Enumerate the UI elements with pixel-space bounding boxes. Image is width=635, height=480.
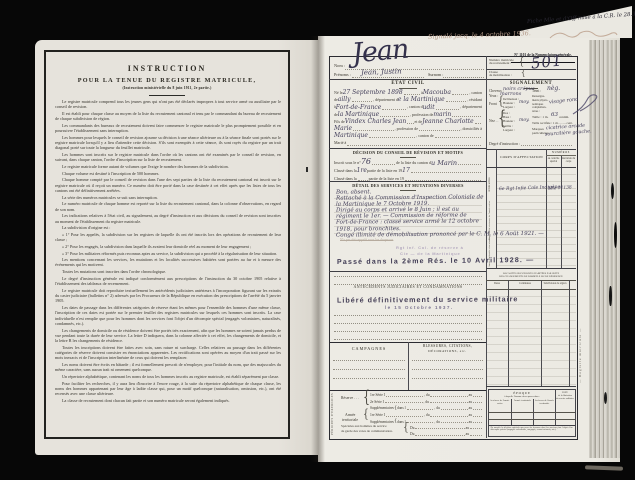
localites-title-2: DES CHANGEMENTS DE DOMICILE OU DE RÉSIDE…: [489, 275, 573, 278]
numeros-sub2: matricule du corps: [562, 157, 576, 163]
periode-row: Du au: [410, 430, 483, 436]
front-value: moy.: [519, 101, 530, 106]
teint-label: Teint :: [532, 89, 541, 93]
armee-territoriale-label-2: territoriale: [342, 418, 358, 422]
instruction-paragraph: Les changements de domicile ou de réside…: [55, 328, 281, 344]
campagnes-row: [333, 378, 405, 379]
instruction-paragraph: Le degré d'instruction générale est indi…: [55, 276, 281, 287]
decision-heading: DÉCISION DU CONSEIL DE RÉVISION ET MOTIF…: [330, 151, 486, 156]
instruction-paragraph: La classe de recrutement dont chacun fai…: [55, 398, 281, 403]
instruction-paragraph: Chaque homme compté par le conseil de re…: [55, 177, 281, 193]
epoque-col1: la réserve de l'armée active: [490, 400, 511, 406]
etat-civil-row: dela Martinique , profession demarin: [334, 111, 482, 118]
matricule-number-label: Numéro matricule du recrutement :: [489, 59, 519, 67]
instruction-paragraph: Les dates de passage dans les différente…: [55, 305, 281, 326]
edge-mark: [614, 222, 617, 248]
corps-side-label-territoriale: Armée territoriale et sa réserve.: [488, 240, 491, 267]
localites-title-rule: [486, 280, 576, 281]
localites-col-dates: Dates: [487, 282, 507, 285]
instruction-paragraph: Il est établi pour chaque classe au moye…: [55, 111, 281, 122]
blank-dotted-line: [334, 339, 482, 340]
margin-vertical-text: — Registre matricule —: [578, 280, 582, 430]
instruction-edition: (Instruction ministérielle du 8 juin 191…: [46, 87, 288, 91]
instruction-paragraph: Pour faciliter les recherches, il y aura…: [55, 381, 281, 397]
matricule-value: 501: [530, 53, 563, 71]
instruction-paragraph: « 2° Pour les engagés, la subdivision da…: [55, 244, 281, 249]
services-script-lines: Bon, absent.Rattaché à la Commission d'I…: [336, 190, 484, 239]
campagnes-header: CAMPAGNES: [330, 347, 408, 352]
instruction-paragraph: Les mentions concernant les services, le…: [55, 257, 281, 268]
speciales-brace: {: [403, 423, 409, 434]
blank-dotted-line: [334, 323, 482, 324]
epoque-hline-1: [489, 412, 575, 413]
services-faint-line: N'a pas été rappelé sous les drapeaux: [340, 238, 393, 242]
corps-top-rule: [486, 149, 576, 150]
reserve-brace: {: [363, 388, 370, 405]
numeros-subrule: [546, 155, 576, 156]
etat-civil-row: Né le27 Septembre 1898 àMacouba , canton: [334, 89, 482, 96]
nom-value: Jean: [351, 36, 409, 68]
instruction-paragraph: Toutes les inscriptions doivent être fai…: [55, 345, 281, 361]
edge-mark: [609, 286, 612, 306]
corps-side-label-active: Armée active.: [488, 170, 491, 198]
etat-civil-row: Marié à: [334, 139, 482, 146]
prenoms-value: Jean, Justin: [361, 68, 402, 76]
scanned-register-spread: INSTRUCTION POUR LA TENUE DU REGISTRE MA…: [0, 0, 635, 480]
epoque-col2: l'armée territoriale: [512, 400, 533, 403]
instruction-paragraph: Les indications relatives à l'état civil…: [55, 213, 281, 224]
blessures-header-2: DÉCORATIONS, etc.: [409, 350, 486, 354]
instruction-paragraph: Le registre matricule doit reproduire te…: [55, 288, 281, 304]
localites-col-subdivision: Subdivision de région: [542, 282, 568, 285]
periode-row: Supplémentaires { dans l , du au: [370, 404, 483, 411]
blank-dotted-line: [334, 315, 482, 316]
decision-bottom-rule: [329, 181, 486, 182]
classe-brace: {: [521, 69, 525, 77]
epoque-title: ÉPOQUE: [489, 392, 555, 396]
instruction-paragraph: La subdivision d'origine est :: [55, 225, 281, 230]
instruction-paragraph: Les commandants des bureaux de recruteme…: [55, 123, 281, 134]
instruction-paragraph: Le registre matricule forme autant de vo…: [55, 164, 281, 169]
corps-body-ruling: [497, 168, 576, 268]
etat-civil-row: Fils deVindex Charles Jean et deJeanne C…: [334, 118, 482, 125]
localites-bottom-rule: [486, 386, 576, 387]
taille-label: Taille : 1 m.: [532, 116, 548, 120]
front-label: Front: [489, 102, 497, 106]
blessures-rows: [412, 360, 483, 387]
blessures-row: [412, 378, 483, 379]
degre-instruction-row: Degré d'instruction :: [489, 140, 573, 147]
blessures-row: [412, 360, 483, 361]
instruction-paragraph: « 3° Pour les militaires réformés puis r…: [55, 251, 281, 256]
edge-mark: [611, 183, 614, 199]
etat-civil-heading: ÉTAT CIVIL: [330, 81, 486, 86]
etat-civil-rows: Né le27 Septembre 1898 àMacouba , canton…: [334, 89, 482, 147]
periodes-side-label: PÉRIODES D'EXERCICES: [330, 393, 334, 435]
header-divider-v: [486, 56, 487, 79]
instruction-paragraph: Le registre matricule comprend tous les …: [55, 99, 281, 110]
corps-header: CORPS D'AFFECTATION: [497, 156, 546, 160]
instruction-paragraph: Chaque volume est destiné à l'inscriptio…: [55, 171, 281, 176]
decision-lines: Inscrit sous le n° 76 de la liste du can…: [334, 158, 482, 182]
instruction-paragraph: « 1° Pour les appelés, la subdivision su…: [55, 232, 281, 243]
prenoms-label: Prénoms :: [334, 73, 351, 78]
epoque-col3: la réserve de l'armée territoriale: [534, 400, 555, 406]
armee-brace: {: [363, 410, 369, 422]
left-page-speck: [306, 167, 308, 172]
numeros-header: NUMÉROS: [546, 151, 576, 154]
localites-body: [487, 289, 576, 386]
teint-value: nèg.: [547, 86, 560, 92]
ink-flourish: [548, 28, 618, 42]
services-bottom-rule: [329, 271, 486, 272]
corps-side-label-reserve: Disponibilité et réserve de l'armée acti…: [488, 200, 491, 240]
epoque-col4: DATE de la libération du service militai…: [556, 392, 574, 401]
edge-smudge: [585, 465, 623, 470]
matricule-brace: {: [519, 57, 524, 67]
epoque-note: Ne remplir la division spéciale que pour…: [491, 427, 573, 433]
blank-dotted-line: [334, 331, 482, 332]
nez-label: Nez . .: [489, 119, 498, 123]
campagnes-row: [333, 360, 405, 361]
epoque-vline-3: [555, 390, 556, 425]
libere-stamp-date: le 15 Octobre 1937.: [385, 305, 453, 310]
classe-mobilisation-label: Classe de mobilisation :: [489, 71, 523, 79]
nez-value: moy.: [519, 119, 530, 124]
title-divider: [149, 95, 185, 96]
reserve-label: Réserve . . .: [341, 396, 359, 400]
etat-civil-bottom-rule: [329, 148, 486, 149]
nez-sub-labels: Dos : Base : Hauteur : Saillie : Largeur…: [503, 112, 515, 133]
faint-stamp-line-1: Rgt Inf. Col. de réserve à: [396, 245, 464, 250]
instruction-box: INSTRUCTION POUR LA TENUE DU REGISTRE MA…: [44, 50, 290, 439]
campagnes-rows: [333, 360, 405, 387]
renseignements-label: Renseigne- ments physio- nomiques complé…: [532, 95, 548, 114]
periode-row: 1re Série I , du au: [370, 411, 483, 418]
nom-label: Nom :: [334, 63, 345, 68]
instruction-title: INSTRUCTION: [46, 65, 288, 74]
instruction-paragraph: Les noms doivent être écrits en bâtarde …: [55, 362, 281, 373]
instruction-paragraph: Les hommes pour lesquels le conseil de r…: [55, 135, 281, 151]
surnom-line: [443, 77, 484, 78]
instruction-paragraph: Toutes les mutations sont inscrites dans…: [55, 269, 281, 274]
instruction-paragraph: La série des numéros matricules se suit …: [55, 195, 281, 200]
campagnes-row: [333, 369, 405, 370]
edge-mark: [604, 392, 607, 404]
etat-civil-row: deailly , département de la Martinique ,…: [334, 96, 482, 103]
corps-bottom-rule: [486, 268, 576, 269]
faint-stamp-line-2: Cie — de la Martinique: [400, 251, 461, 256]
periode-row: 2e Série I , du au: [370, 398, 483, 405]
taille-value: 63: [551, 113, 558, 119]
speciales-rows: Du au Du au: [410, 424, 483, 437]
epoque-table: ÉPOQUE à laquelle l'homme devra passer d…: [488, 389, 576, 437]
etat-civil-row: àFort-de-France , canton dudit , départe…: [334, 103, 482, 110]
localites-col-communes: Communes: [509, 282, 541, 285]
speciales-label-2: de garde des voies de communication.: [341, 430, 393, 434]
instruction-paragraph: Un répertoire alphabétique, contenant le…: [55, 374, 281, 379]
instruction-paragraph: Le numéro matricule de chaque homme est …: [55, 201, 281, 212]
instruction-subtitle: POUR LA TENUE DU REGISTRE MATRICULE,: [46, 78, 288, 85]
services-heading: DÉTAIL DES SERVICES ET MUTATIONS DIVERSE…: [330, 184, 486, 189]
blessures-row: [412, 369, 483, 370]
blank-dotted-line: [334, 276, 482, 277]
margin-flourish: [570, 92, 598, 118]
epoque-subtitle: à laquelle l'homme devra passer dans :: [489, 396, 555, 399]
numeros-sub1: au contrôle spécial: [547, 157, 561, 163]
etat-civil-row: Martinique , canton de: [334, 132, 482, 139]
decision-line-1: Inscrit sous le n° 76 de la liste du can…: [334, 158, 482, 166]
taille-unit: centim.: [559, 116, 569, 120]
instruction-paragraph: Les hommes sont inscrits sur le registre…: [55, 152, 281, 163]
prenoms-line: [352, 77, 424, 78]
epoque-hline-2: [489, 419, 575, 420]
yeux-label: Yeux :: [489, 94, 498, 98]
armee-rows: 1re Série I , du au Supplémentaires { da…: [370, 411, 483, 424]
decision-line-2: Classé dans la 1re partie de la liste en…: [334, 166, 482, 174]
header-band-rule: [329, 79, 576, 80]
etat-civil-row: Marie , profession de , domiciliés à: [334, 125, 482, 132]
reserve-rows: 1re Série I , du au 2e Série I , du au S…: [370, 391, 483, 411]
center-fold-shadow: [311, 36, 325, 462]
periode-row: 1re Série I , du au: [370, 391, 483, 398]
instruction-paragraphs: Le registre matricule comprend tous les …: [55, 99, 281, 433]
surnom-label: Surnom :: [428, 73, 443, 78]
antecedents-heading: ANTÉCÉDENTS JUDICIAIRES ET CONDAMNATIONS: [330, 285, 486, 289]
